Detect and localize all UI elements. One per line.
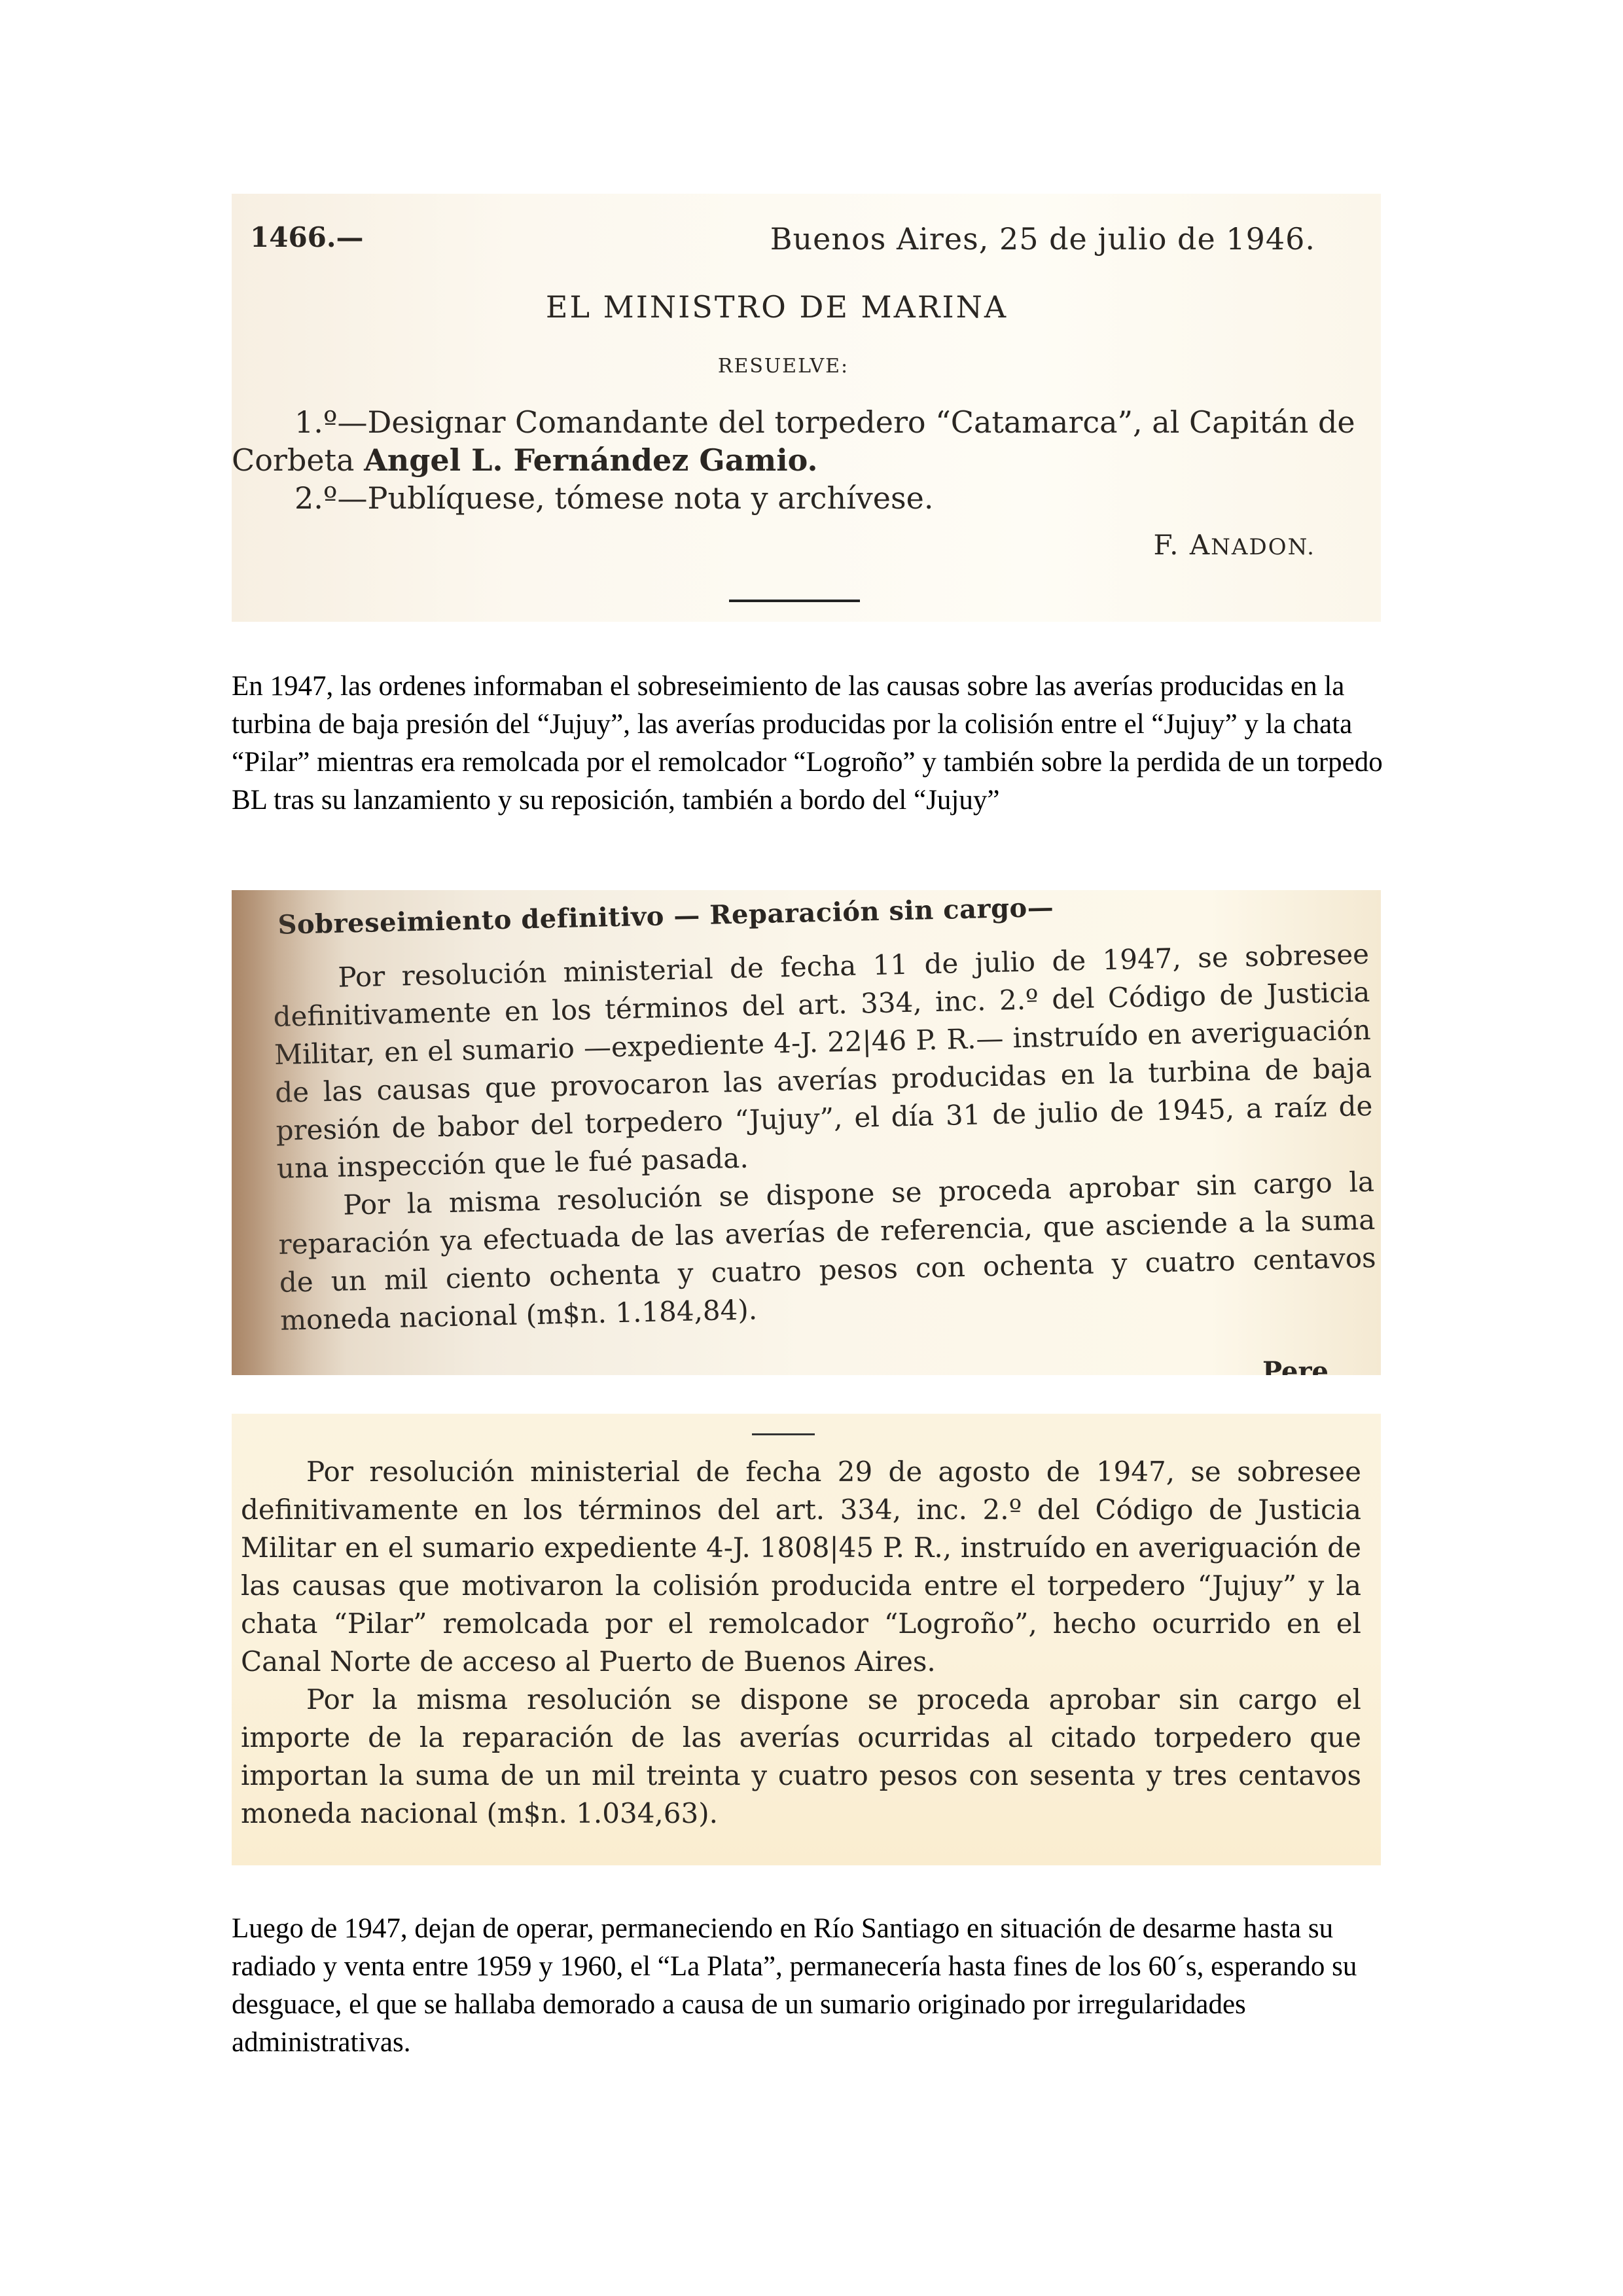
- clipping-paragraph-2: Por la misma resolución se dispone se pr…: [241, 1681, 1361, 1833]
- resuelve-label: RESUELVE:: [232, 355, 1381, 378]
- clipping-paragraph-1: Por resolución ministerial de fecha 29 d…: [241, 1453, 1361, 1681]
- clipping-body: Por resolución ministerial de fecha 11 d…: [272, 935, 1378, 1340]
- scanned-clipping-decree-1946: 1466.— Buenos Aires, 25 de julio de 1946…: [232, 194, 1381, 622]
- resolution-item-1: 1.º—Designar Comandante del torpedero “C…: [232, 403, 1361, 479]
- resolution-number: 1466.—: [250, 221, 364, 253]
- cut-off-text: Pere: [1262, 1356, 1329, 1375]
- separator-rule: [729, 600, 860, 602]
- scanned-clipping-sobreseimiento-julio: Sobreseimiento definitivo — Reparación s…: [232, 890, 1381, 1375]
- scanned-clipping-sobreseimiento-agosto: Por resolución ministerial de fecha 29 d…: [232, 1414, 1381, 1865]
- resolution-heading: EL MINISTRO DE MARINA: [232, 289, 1381, 325]
- resolution-date: Buenos Aires, 25 de julio de 1946.: [770, 221, 1315, 257]
- appointee-name: Angel L. Fernández Gamio.: [364, 442, 817, 478]
- separator-rule: [752, 1433, 815, 1435]
- clipping-text: Sobreseimiento definitivo — Reparación s…: [271, 890, 1377, 1340]
- narrative-paragraph-1947: En 1947, las ordenes informaban el sobre…: [232, 668, 1383, 819]
- signature: F. ANADON.: [1154, 529, 1315, 561]
- clipping-paragraph-1: Por resolución ministerial de fecha 11 d…: [272, 935, 1374, 1188]
- resolution-body: 1.º—Designar Comandante del torpedero “C…: [232, 403, 1361, 517]
- clipping-paragraph-2: Por la misma resolución se dispone se pr…: [277, 1163, 1378, 1340]
- narrative-paragraph-after-1947: Luego de 1947, dejan de operar, permanec…: [232, 1910, 1383, 2062]
- signature-surname: NADON.: [1211, 534, 1315, 560]
- resolution-item-2: 2.º—Publíquese, tómese nota y archívese.: [232, 479, 1361, 517]
- clipping-body: Por resolución ministerial de fecha 29 d…: [241, 1453, 1361, 1833]
- signature-initial: F. A: [1154, 529, 1211, 561]
- clipping-title: Sobreseimiento definitivo — Reparación s…: [277, 890, 1368, 941]
